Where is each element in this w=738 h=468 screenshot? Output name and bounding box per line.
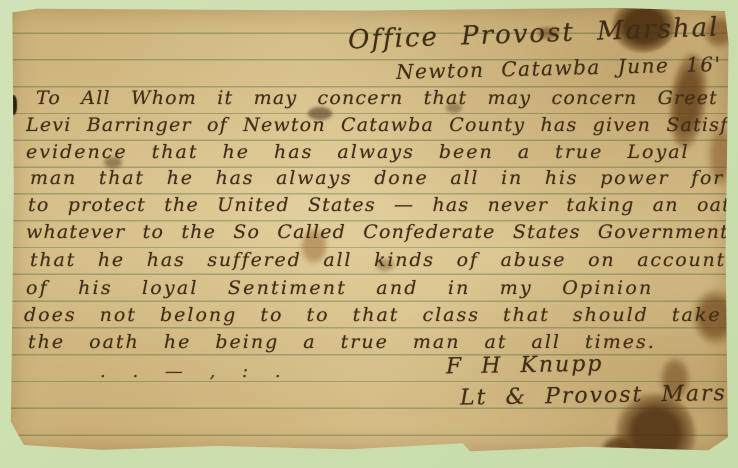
body-line-6: whatever to the So Called Confederate St… [26, 221, 736, 243]
body-line-5: to protect the United States — has never… [28, 194, 738, 216]
body-line-2: Levi Barringer of Newton Catawba County … [26, 114, 738, 136]
signature-name: F H Knupp [446, 352, 604, 380]
aged-letter-paper: Office Provost Marshal Newton Catawba Ju… [8, 7, 730, 453]
body-line-10: the oath he being a true man at all time… [28, 331, 656, 353]
body-line-7: that he has suffered all kinds of abuse … [30, 249, 726, 271]
body-line-8: of his loyal Sentiment and in my Opinion [26, 277, 653, 299]
signature-title: Lt & Provost Marshal [460, 380, 738, 410]
flourish-marks: . . — , : . [100, 361, 287, 382]
body-line-3: evidence that he has always been a true … [26, 141, 690, 163]
body-line-4: man that he has always done all in his p… [30, 167, 724, 189]
body-line-9: does not belong to to that class that sh… [24, 304, 722, 326]
scanned-document-photo: Office Provost Marshal Newton Catawba Ju… [0, 0, 738, 468]
body-line-1: To All Whom it may concern that may conc… [36, 87, 738, 109]
